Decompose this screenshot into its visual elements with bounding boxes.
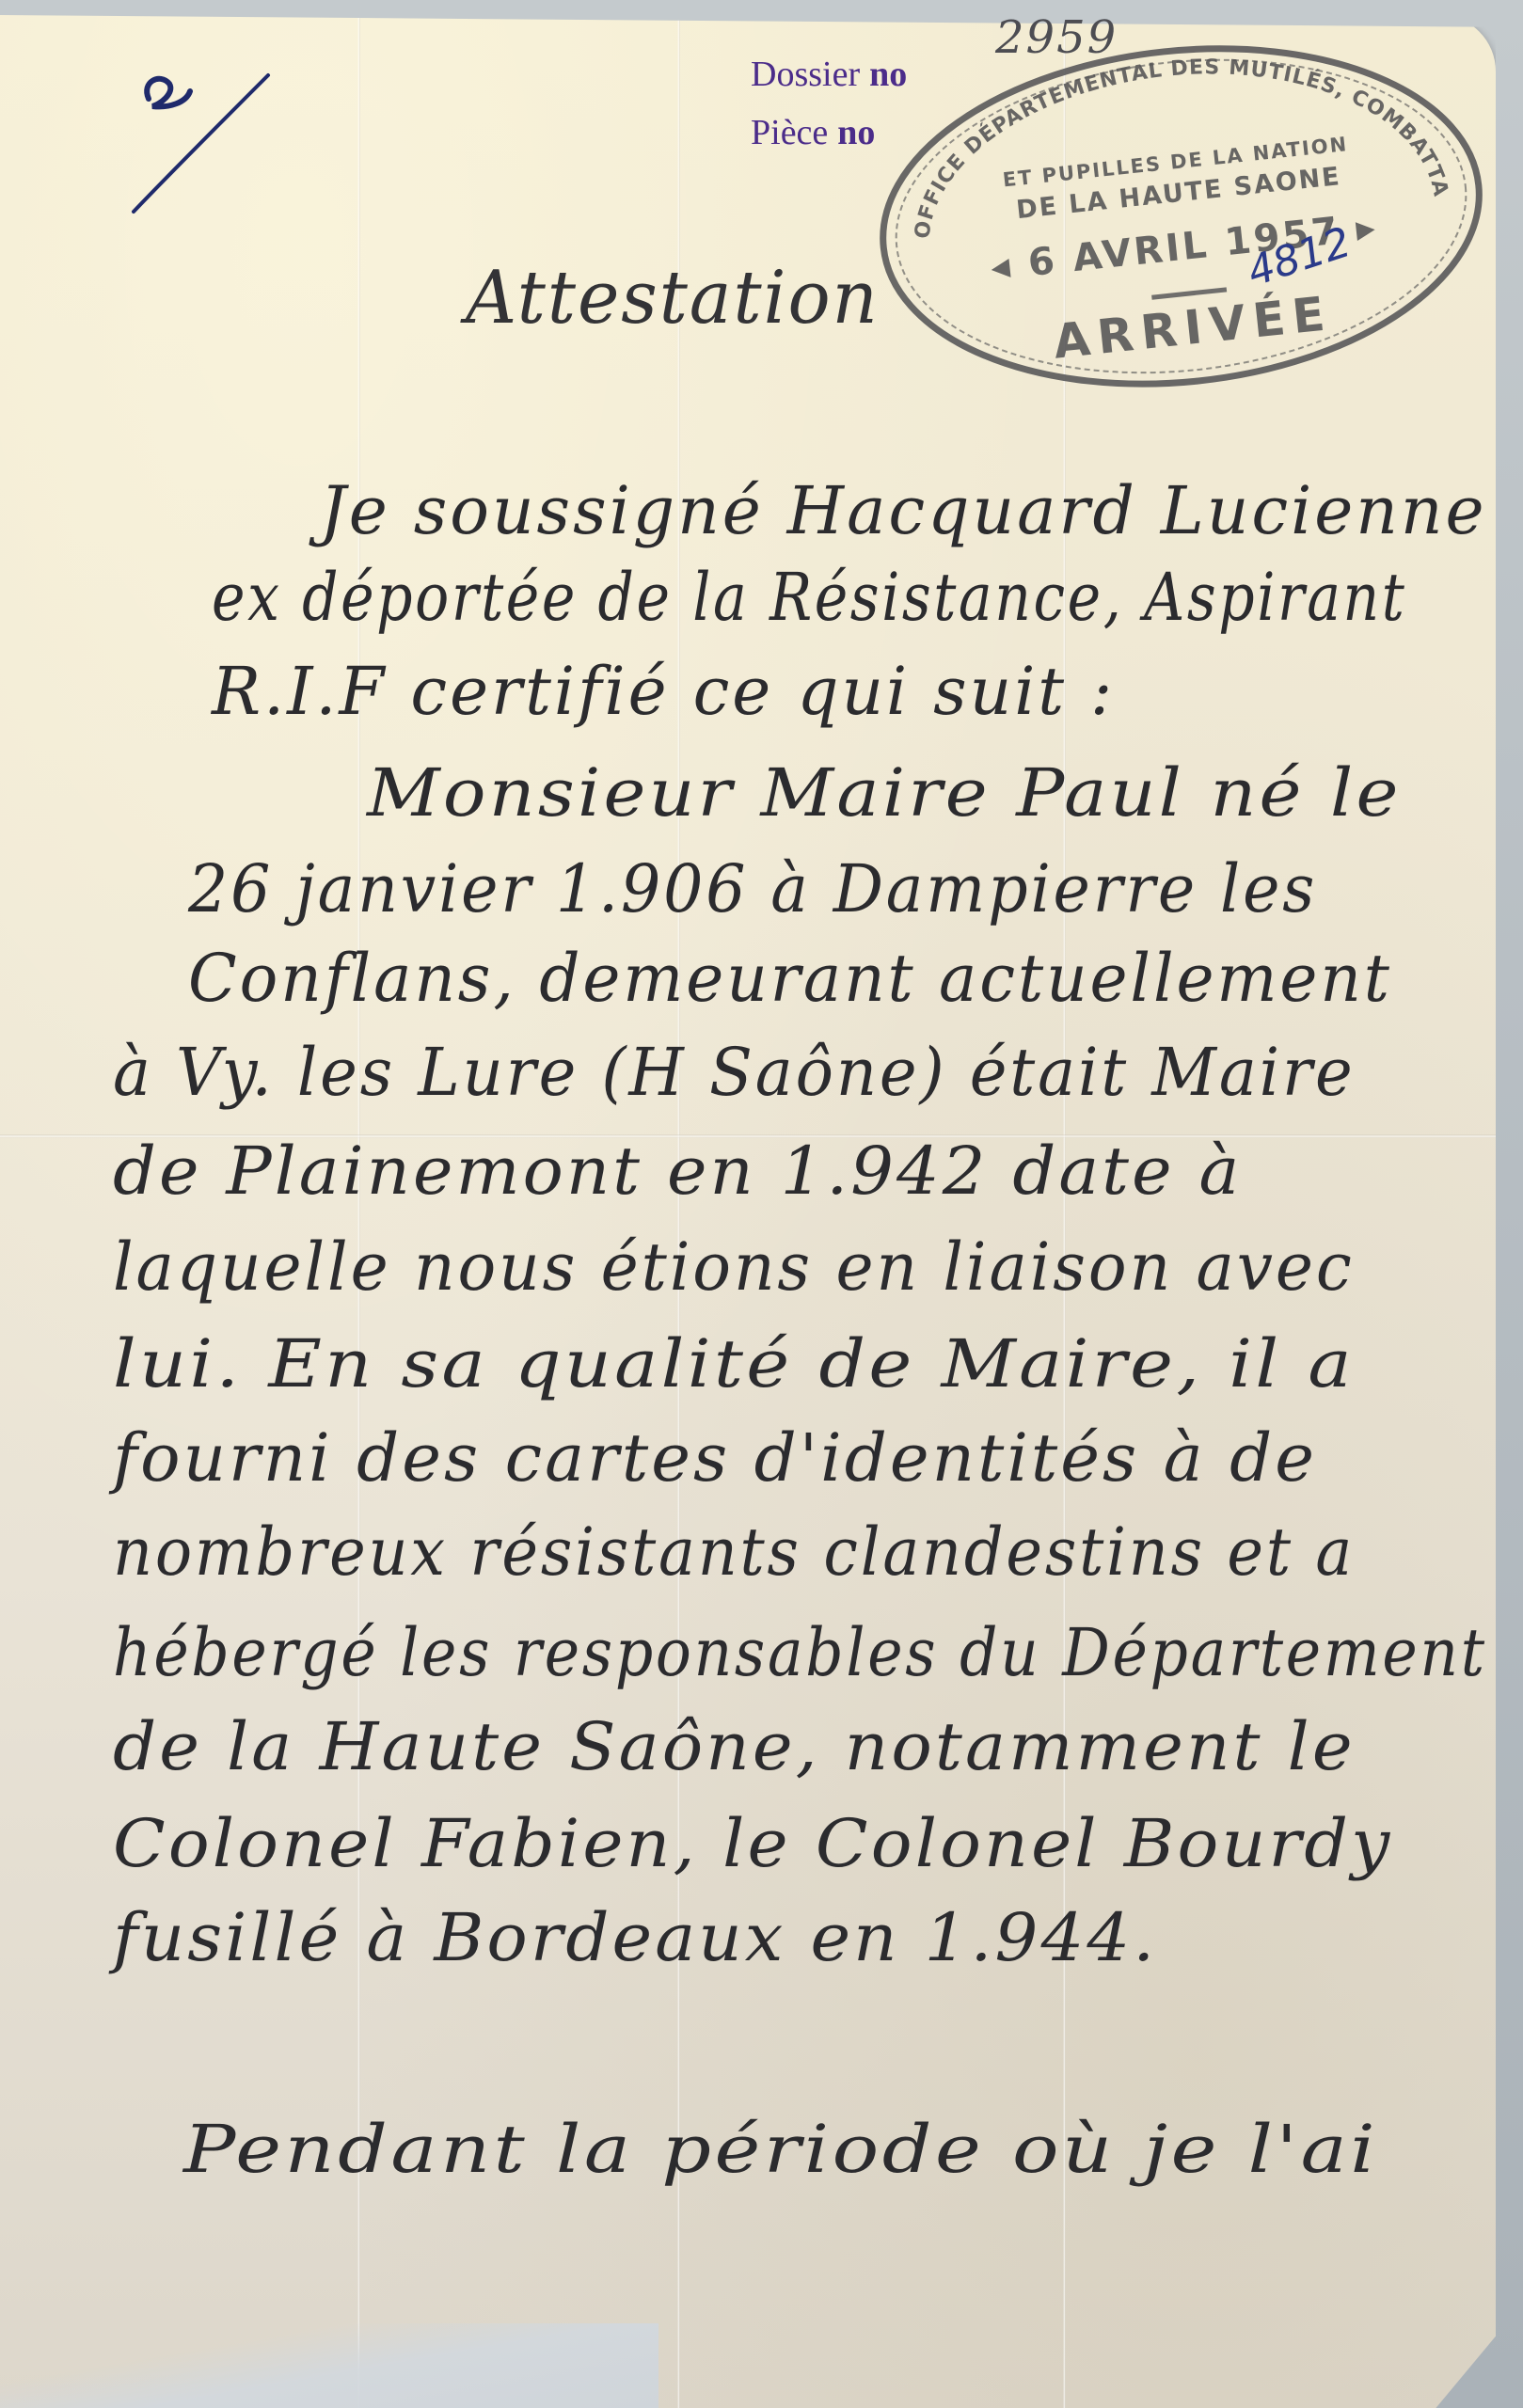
body-line-6: Conflans, demeurant actuellement [188,945,1392,1011]
body-line-9: laquelle nous étions en liaison avec [113,1234,1355,1300]
body-line-11: fourni des cartes d'identités à de [113,1425,1317,1491]
document-title: Attestation [466,256,880,341]
body-line-15: Colonel Fabien, le Colonel Bourdy [113,1811,1392,1877]
body-line-7: à Vy. les Lure (H Saône) était Maire [113,1039,1355,1105]
fold-crease [677,15,680,2408]
folded-corner [0,2323,658,2408]
body-line-17: Pendant la période où je l'ai [183,2116,1378,2182]
body-line-3: R.I.F certifié ce qui suit : [212,658,1115,724]
body-line-12: nombreux résistants clandestins et a [113,1519,1355,1585]
body-line-4: Monsieur Maire Paul né le [367,760,1402,826]
body-line-16: fusillé à Bordeaux en 1.944. [113,1905,1157,1971]
body-line-14: de la Haute Saône, notamment le [113,1714,1356,1780]
body-line-2: ex déportée de la Résistance, Aspirant [212,564,1406,630]
body-line-8: de Plainemont en 1.942 date à [113,1138,1242,1204]
body-line-5: 26 janvier 1.906 à Dampierre les [188,856,1317,922]
arrival-stamp: OFFICE DÉPARTEMENTAL DES MUTILÉS, COMBAT… [853,7,1507,418]
margin-page-mark [113,71,301,230]
fold-crease [357,15,360,2408]
body-line-13: hébergé les responsables du Département [113,1620,1487,1686]
dossier-label: Dossier [751,45,860,103]
piece-label: Pièce [751,103,828,162]
body-line-10: lui. En sa qualité de Maire, il a [113,1331,1355,1397]
body-line-1: Je soussigné Hacquard Lucienne [320,478,1486,544]
margin-slash-icon [113,71,301,230]
